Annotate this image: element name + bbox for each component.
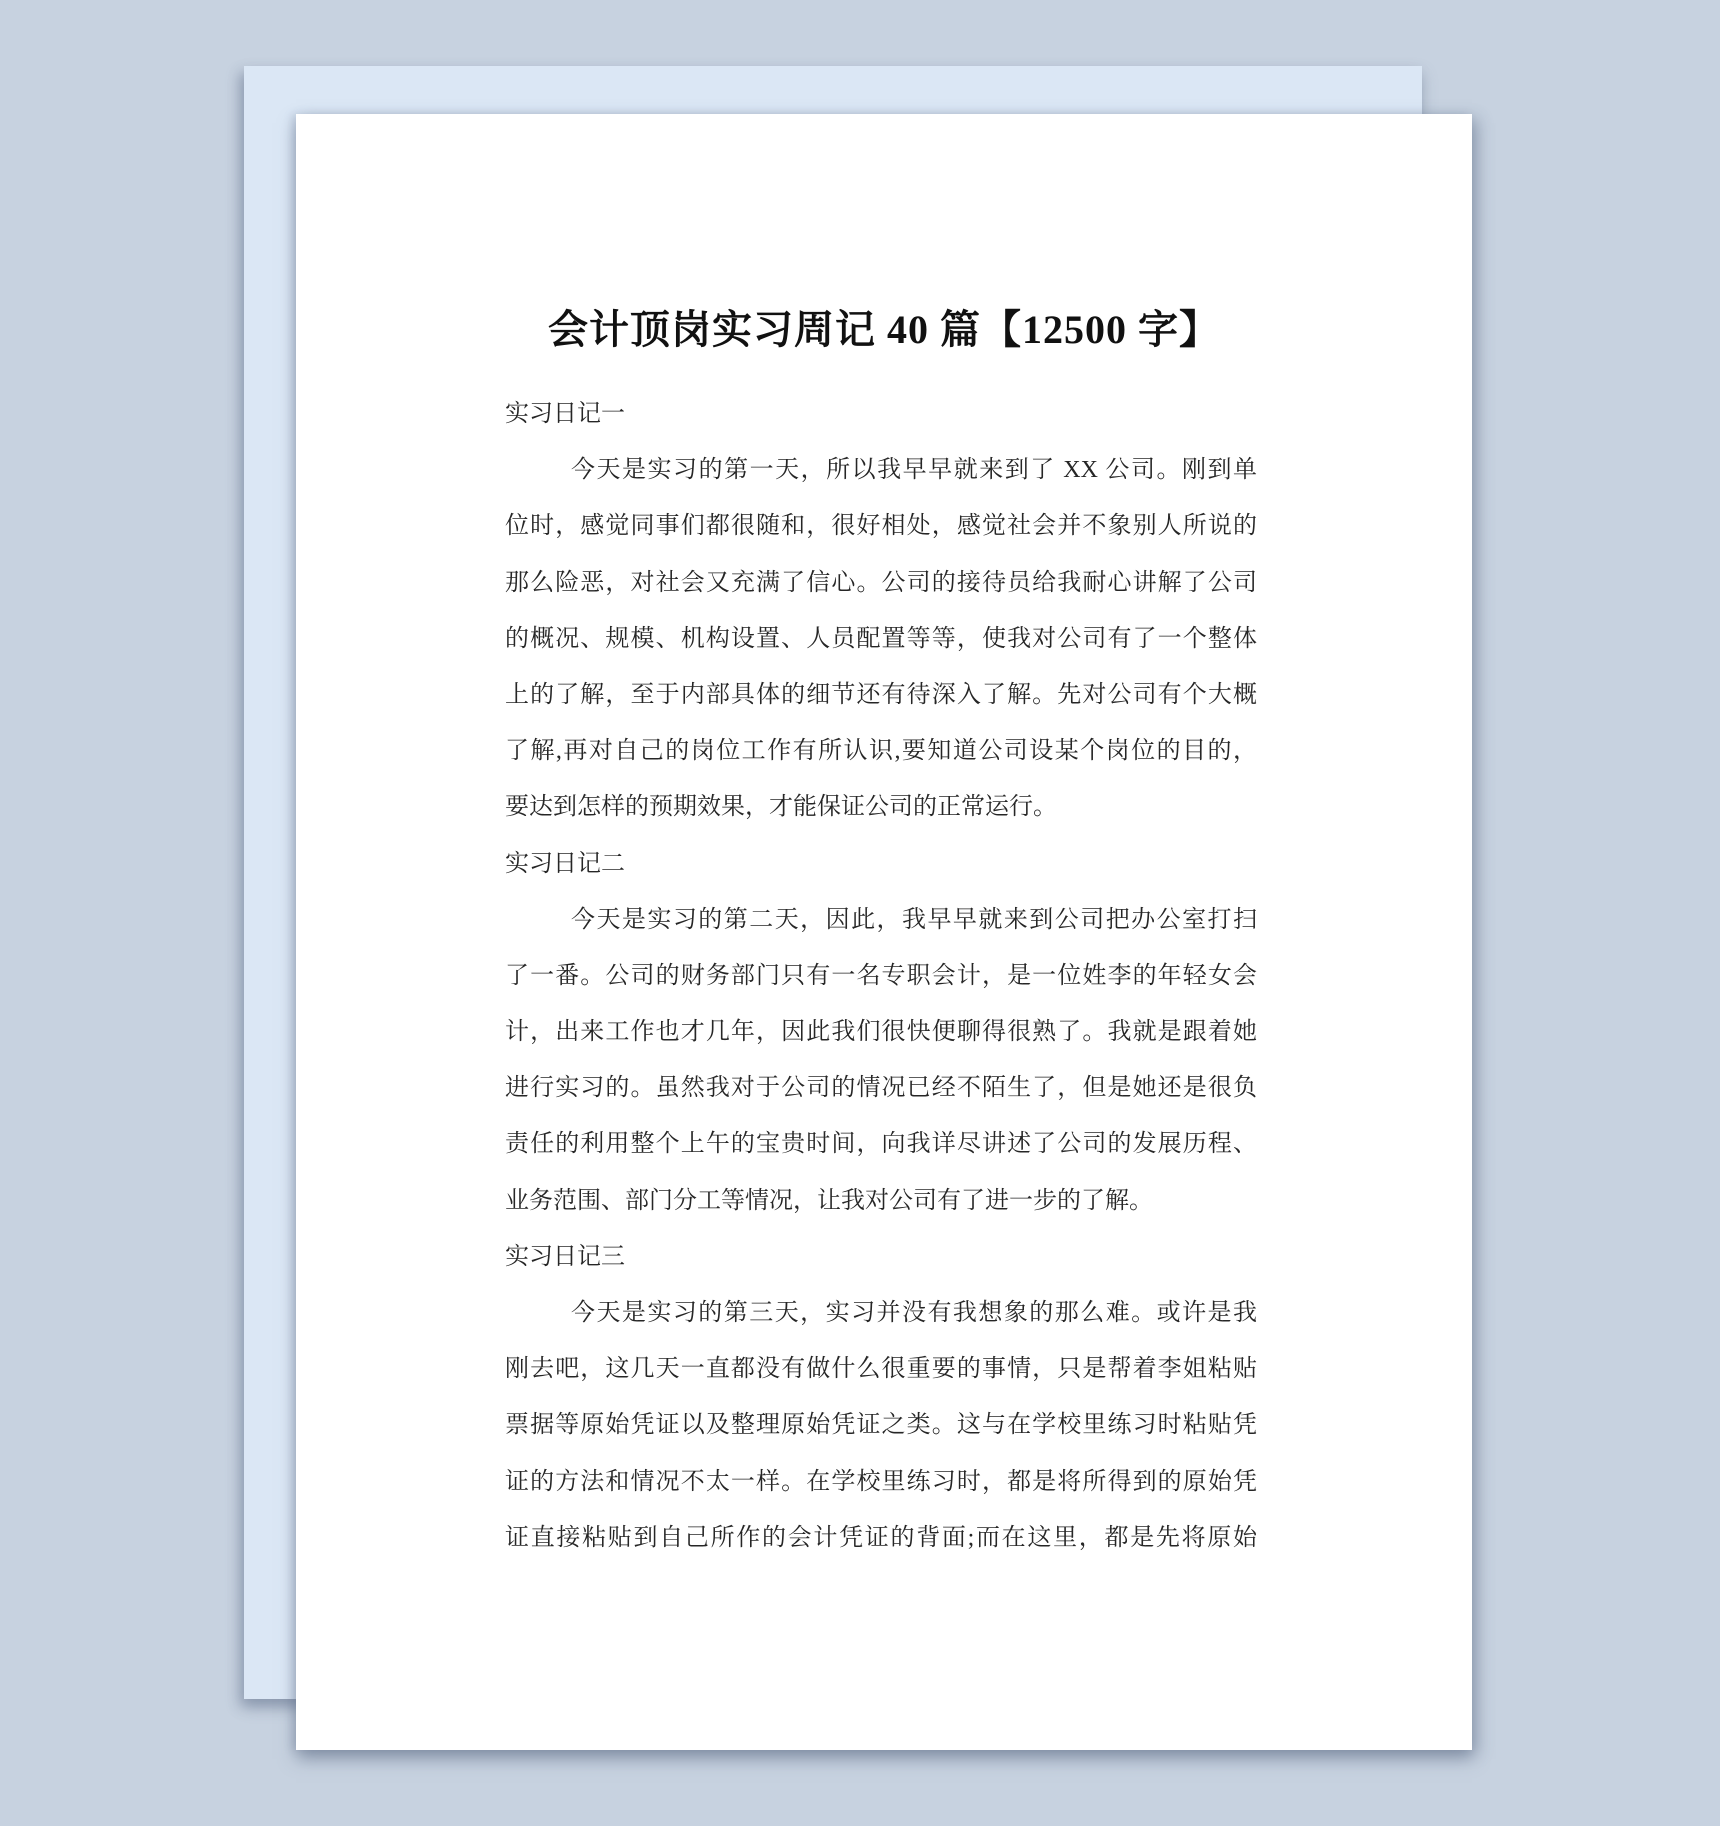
body-line: 刚去吧，这几天一直都没有做什么很重要的事情，只是帮着李姐粘贴: [505, 1341, 1257, 1397]
body-line: 要达到怎样的预期效果，才能保证公司的正常运行。: [505, 779, 1257, 835]
body-line: 今天是实习的第二天，因此，我早早就来到公司把办公室打扫: [505, 892, 1257, 948]
body-line: 上的了解，至于内部具体的细节还有待深入了解。先对公司有个大概: [505, 667, 1257, 723]
document-body: 实习日记一今天是实习的第一天，所以我早早就来到了 XX 公司。刚到单位时，感觉同…: [505, 386, 1257, 1566]
body-line: 今天是实习的第一天，所以我早早就来到了 XX 公司。刚到单: [505, 442, 1257, 498]
body-line: 位时，感觉同事们都很随和，很好相处，感觉社会并不象别人所说的: [505, 498, 1257, 554]
body-line: 了解,再对自己的岗位工作有所认识,要知道公司设某个岗位的目的，: [505, 723, 1257, 779]
desktop-backdrop: 会计顶岗实习周记 40 篇【12500 字】 实习日记一今天是实习的第一天，所以…: [0, 0, 1720, 1826]
body-line: 责任的利用整个上午的宝贵时间，向我详尽讲述了公司的发展历程、: [505, 1116, 1257, 1172]
document-title: 会计顶岗实习周记 40 篇【12500 字】: [296, 300, 1472, 360]
body-line: 计，出来工作也才几年，因此我们很快便聊得很熟了。我就是跟着她: [505, 1004, 1257, 1060]
body-line: 那么险恶，对社会又充满了信心。公司的接待员给我耐心讲解了公司: [505, 555, 1257, 611]
body-line: 证的方法和情况不太一样。在学校里练习时，都是将所得到的原始凭: [505, 1454, 1257, 1510]
section-heading: 实习日记二: [505, 836, 1257, 892]
body-line: 证直接粘贴到自己所作的会计凭证的背面;而在这里，都是先将原始: [505, 1510, 1257, 1566]
body-line: 进行实习的。虽然我对于公司的情况已经不陌生了，但是她还是很负: [505, 1060, 1257, 1116]
section-heading: 实习日记三: [505, 1229, 1257, 1285]
body-line: 业务范围、部门分工等情况，让我对公司有了进一步的了解。: [505, 1173, 1257, 1229]
body-line: 今天是实习的第三天，实习并没有我想象的那么难。或许是我: [505, 1285, 1257, 1341]
body-line: 票据等原始凭证以及整理原始凭证之类。这与在学校里练习时粘贴凭: [505, 1397, 1257, 1453]
document-page: 会计顶岗实习周记 40 篇【12500 字】 实习日记一今天是实习的第一天，所以…: [296, 114, 1472, 1750]
body-line: 了一番。公司的财务部门只有一名专职会计，是一位姓李的年轻女会: [505, 948, 1257, 1004]
section-heading: 实习日记一: [505, 386, 1257, 442]
body-line: 的概况、规模、机构设置、人员配置等等，使我对公司有了一个整体: [505, 611, 1257, 667]
